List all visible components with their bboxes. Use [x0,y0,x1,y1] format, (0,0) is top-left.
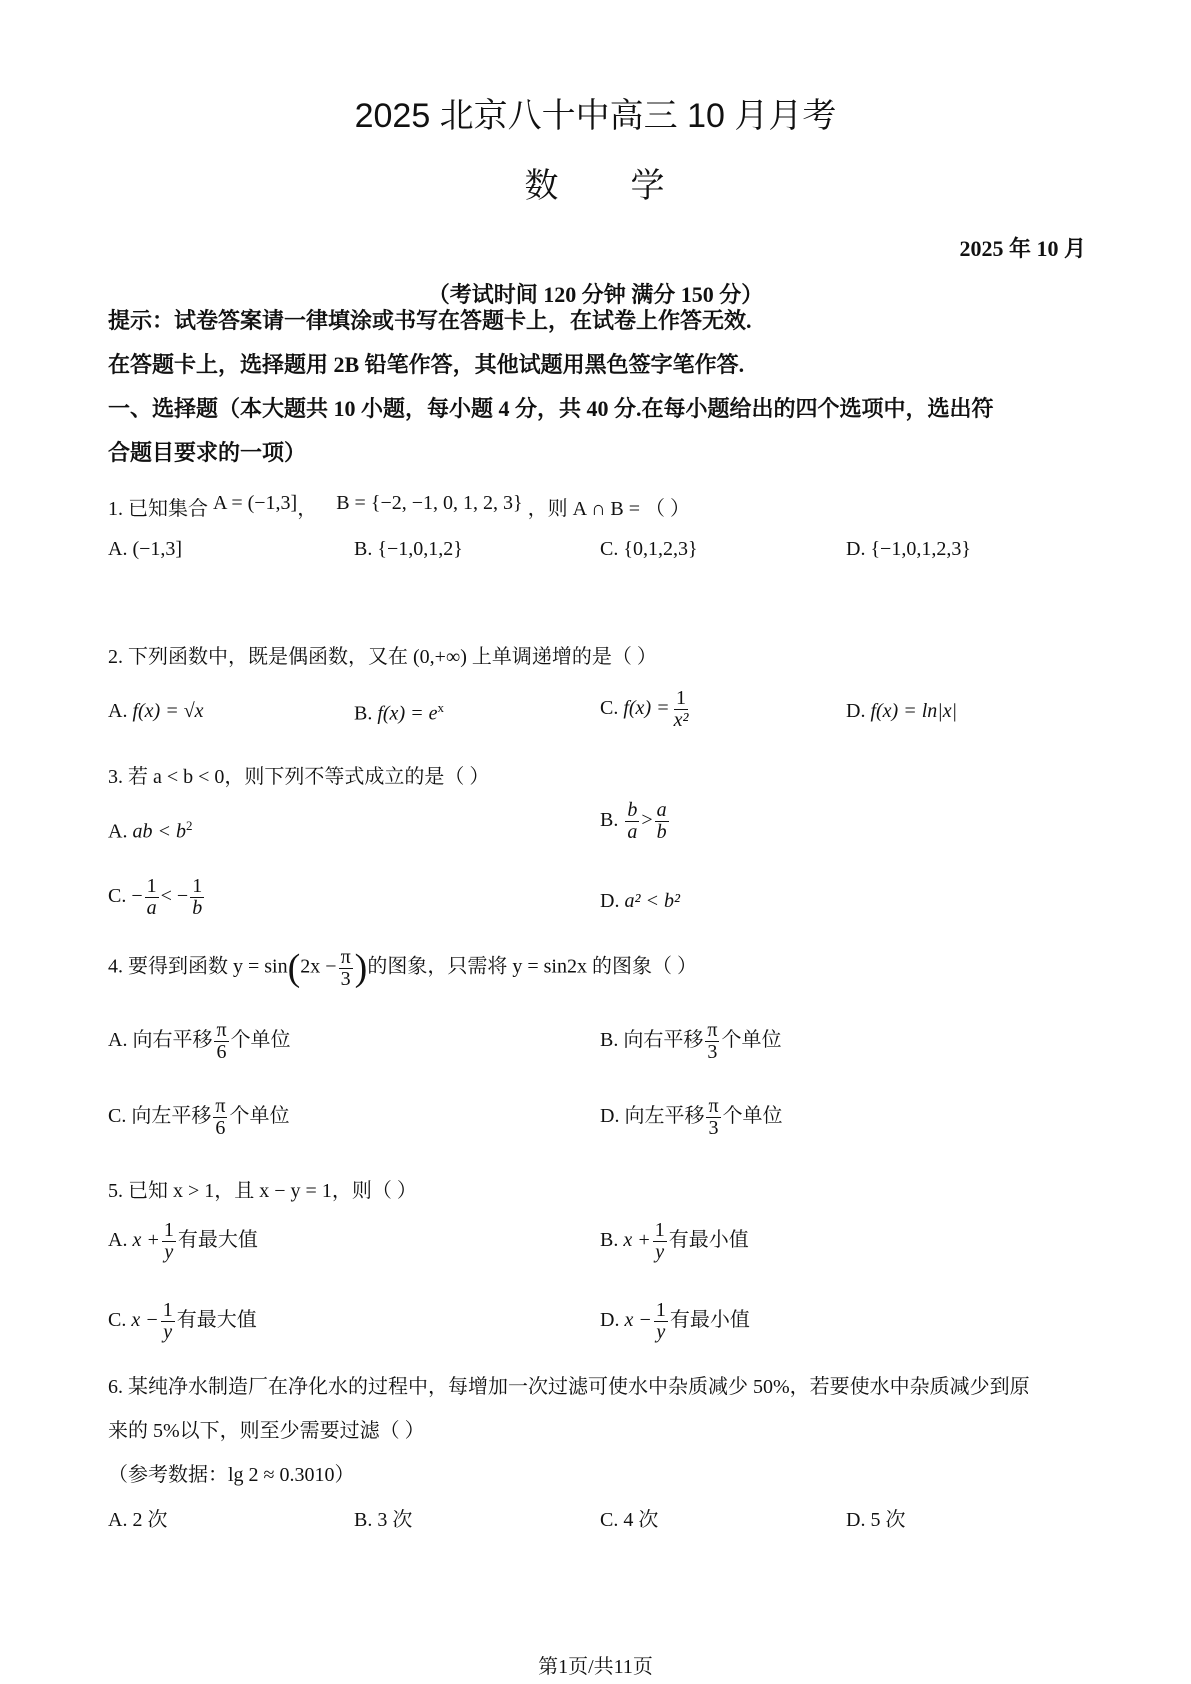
numerator: 1 [654,1300,668,1322]
denominator: 6 [215,1042,229,1063]
option-text: f(x) = √x [132,700,203,722]
exam-date: 2025 年 10 月 [959,232,1086,263]
option-label: C. [108,1309,126,1331]
subject-heading: 数学 [0,158,1191,207]
question-text: 某纯净水制造厂在净化水的过程中，每增加一次过滤可使水中杂质减少 50%，若要使水… [128,1376,1030,1398]
option-expression: x − [131,1309,158,1331]
fraction: π6 [213,1096,227,1139]
q6-option-a: A. 2 次 [108,1503,167,1532]
fraction: 1y [161,1300,175,1343]
question-number: 3. [108,766,123,788]
option-label: A. [108,1509,127,1531]
question-6-stem-line-1: 6. 某纯净水制造厂在净化水的过程中，每增加一次过滤可使水中杂质减少 50%，若… [108,1370,1030,1399]
question-2-stem: 2. 下列函数中，既是偶函数，又在 (0,+∞) 上单调递增的是（ ） [108,640,657,669]
q1-option-d: D. {−1,0,1,2,3} [846,538,971,561]
numerator: π [339,947,353,969]
denominator: b [190,898,204,919]
numerator: π [706,1096,720,1118]
option-text-tail: 个单位 [721,1029,781,1051]
exam-title: 2025 北京八十中高三 10 月月考 [0,88,1191,137]
option-label: D. [846,1509,865,1531]
option-text: 3 次 [377,1509,412,1531]
question-text: 下列函数中，既是偶函数，又在 (0,+∞) 上单调递增的是（ ） [128,646,657,668]
fraction: 1b [190,876,204,919]
numerator: π [214,1020,228,1042]
q1-option-c: C. {0,1,2,3} [600,538,698,561]
denominator: y [161,1322,174,1343]
fraction: π3 [339,947,353,990]
numerator: 1 [162,1220,176,1242]
question-number: 2. [108,646,123,668]
notice-line-2: 在答题卡上，选择题用 2B 铅笔作答，其他试题用黑色签字笔作答. [108,348,744,379]
fraction: π3 [706,1096,720,1139]
denominator: 3 [339,969,353,990]
numerator: 1 [161,1300,175,1322]
exponent: 2 [186,818,193,833]
option-label: B. [354,1509,372,1531]
denominator: y [162,1242,175,1263]
separator: ， [297,498,317,520]
option-text-tail: 有最小值 [670,1309,750,1331]
option-label: A. [108,821,127,843]
option-text: {−1,0,1,2} [377,538,462,560]
option-text-tail: 个单位 [229,1105,289,1127]
denominator: y [653,1242,666,1263]
numerator: a [655,800,669,822]
q5-option-b: B. x +1y有最小值 [600,1220,749,1263]
question-tail: ，则 A ∩ B = （ ） [528,498,690,520]
numerator: 1 [653,1220,667,1242]
operator: < − [161,885,189,907]
option-label: A. [108,1229,127,1251]
denominator: b [655,822,669,843]
option-text: 4 次 [623,1509,658,1531]
option-text: a² < b² [624,890,680,912]
q3-option-a: A. ab < b2 [108,818,192,844]
question-number: 1. [108,498,123,520]
option-expression: x + [132,1229,159,1251]
q2-option-c: C. f(x) =1x² [600,688,692,731]
question-5-stem: 5. 已知 x > 1，且 x − y = 1，则（ ） [108,1174,417,1203]
denominator: a [625,822,639,843]
subject-char-1: 数 [525,167,561,205]
q6-option-d: D. 5 次 [846,1503,905,1532]
section-heading-line-2: 合题目要求的一项） [108,436,306,467]
section-heading-line-1: 一、选择题（本大题共 10 小题，每小题 4 分，共 40 分.在每小题给出的四… [108,392,994,423]
question-text: 若 a < b < 0，则下列不等式成立的是（ ） [128,766,489,788]
fraction: ba [625,800,639,843]
option-text: 向左平移 [624,1105,704,1127]
question-6-stem-line-2: 来的 5%以下，则至少需要过滤（ ） [108,1414,425,1443]
q4-option-b: B. 向右平移π3个单位 [600,1020,781,1063]
page-indicator: 第1页/共11页 [0,1650,1191,1679]
question-number: 5. [108,1180,123,1202]
denominator: y [654,1322,667,1343]
denominator: a [145,898,159,919]
option-text: 向左平移 [131,1105,211,1127]
fraction: π3 [705,1020,719,1063]
question-1-stem: 1. 已知集合 A = (−1,3]， B = {−2, −1, 0, 1, 2… [108,492,690,521]
option-text: {0,1,2,3} [623,538,697,560]
numerator: 1 [145,876,159,898]
option-text-tail: 有最大值 [178,1229,258,1251]
option-text: f(x) = e [377,703,437,725]
subject-char-2: 学 [631,167,667,205]
denominator: 6 [213,1118,227,1139]
question-text: 已知集合 [128,498,208,520]
numerator: b [625,800,639,822]
question-number: 4. [108,956,123,978]
question-text-tail: 的图象，只需将 y = sin2x 的图象（ ） [367,956,697,978]
option-label: B. [600,809,618,831]
option-text: 向右平移 [623,1029,703,1051]
question-number: 6. [108,1376,123,1398]
option-text: 向右平移 [132,1029,212,1051]
fraction: 1y [654,1300,668,1343]
option-text-tail: 个单位 [723,1105,783,1127]
question-4-stem: 4. 要得到函数 y = sin(2x −π3)的图象，只需将 y = sin2… [108,946,697,990]
option-label: C. [600,1509,618,1531]
option-label: D. [846,700,865,722]
denominator: 3 [705,1042,719,1063]
q2-option-b: B. f(x) = ex [354,700,444,726]
option-text: ab < b [132,821,186,843]
option-label: A. [108,700,127,722]
option-text: 5 次 [870,1509,905,1531]
q2-option-d: D. f(x) = ln|x| [846,700,957,723]
option-label: D. [600,1105,619,1127]
option-label: D. [600,1309,619,1331]
q5-option-c: C. x −1y有最大值 [108,1300,257,1343]
q5-option-d: D. x −1y有最小值 [600,1300,750,1343]
option-label: B. [354,703,372,725]
numerator: π [213,1096,227,1118]
option-label: B. [600,1229,618,1251]
q3-option-b: B. ba>ab [600,800,671,843]
option-text-tail: 有最小值 [669,1229,749,1251]
q6-option-c: C. 4 次 [600,1503,658,1532]
option-text-tail: 个单位 [231,1029,291,1051]
q3-option-d: D. a² < b² [600,890,680,913]
option-label: D. [600,890,619,912]
option-label: C. [600,697,618,719]
q5-option-a: A. x +1y有最大值 [108,1220,258,1263]
option-text: {−1,0,1,2,3} [870,538,970,560]
fraction: 1y [162,1220,176,1263]
left-paren: ( [288,947,301,989]
question-3-stem: 3. 若 a < b < 0，则下列不等式成立的是（ ） [108,760,489,789]
denominator: x² [672,710,691,731]
fraction: 1x² [672,688,691,731]
option-expression: x − [624,1309,651,1331]
q1-option-a: A. (−1,3] [108,538,182,561]
option-expression: x + [623,1229,650,1251]
minus-sign: − [131,885,142,907]
option-label: A. [108,538,127,560]
fraction: π6 [214,1020,228,1063]
fraction: ab [655,800,669,843]
q2-option-a: A. f(x) = √x [108,700,204,723]
numerator: π [705,1020,719,1042]
fraction: 1a [145,876,159,919]
question-text: 已知 x > 1，且 x − y = 1，则（ ） [128,1180,417,1202]
option-text: 2 次 [132,1509,167,1531]
right-paren: ) [355,947,368,989]
q4-option-c: C. 向左平移π6个单位 [108,1096,289,1139]
q1-option-b: B. {−1,0,1,2} [354,538,463,561]
question-6-reference: （参考数据：lg 2 ≈ 0.3010） [108,1458,355,1487]
q4-option-a: A. 向右平移π6个单位 [108,1020,291,1063]
set-a: A = (−1,3] [213,492,297,514]
option-label: C. [600,538,618,560]
set-b: B = {−2, −1, 0, 1, 2, 3} [336,492,522,514]
q3-option-c: C. −1a< −1b [108,876,206,919]
fraction: 1y [653,1220,667,1263]
denominator: 3 [707,1118,721,1139]
operator: > [641,809,652,831]
option-label: D. [846,538,865,560]
option-label: A. [108,1029,127,1051]
q6-option-b: B. 3 次 [354,1503,412,1532]
option-label: B. [354,538,372,560]
notice-line-1: 提示：试卷答案请一律填涂或书写在答题卡上，在试卷上作答无效. [108,304,752,335]
option-text-tail: 有最大值 [177,1309,257,1331]
numerator: 1 [190,876,204,898]
numerator: 1 [674,688,688,710]
option-text: f(x) = [623,697,669,719]
q4-option-d: D. 向左平移π3个单位 [600,1096,783,1139]
inner-expression: 2x − [300,956,336,978]
exponent: x [437,700,444,715]
option-label: B. [600,1029,618,1051]
question-text: 要得到函数 y = sin [128,956,288,978]
option-text: (−1,3] [132,538,182,560]
option-label: C. [108,885,126,907]
option-label: C. [108,1105,126,1127]
option-text: f(x) = ln|x| [870,700,957,722]
